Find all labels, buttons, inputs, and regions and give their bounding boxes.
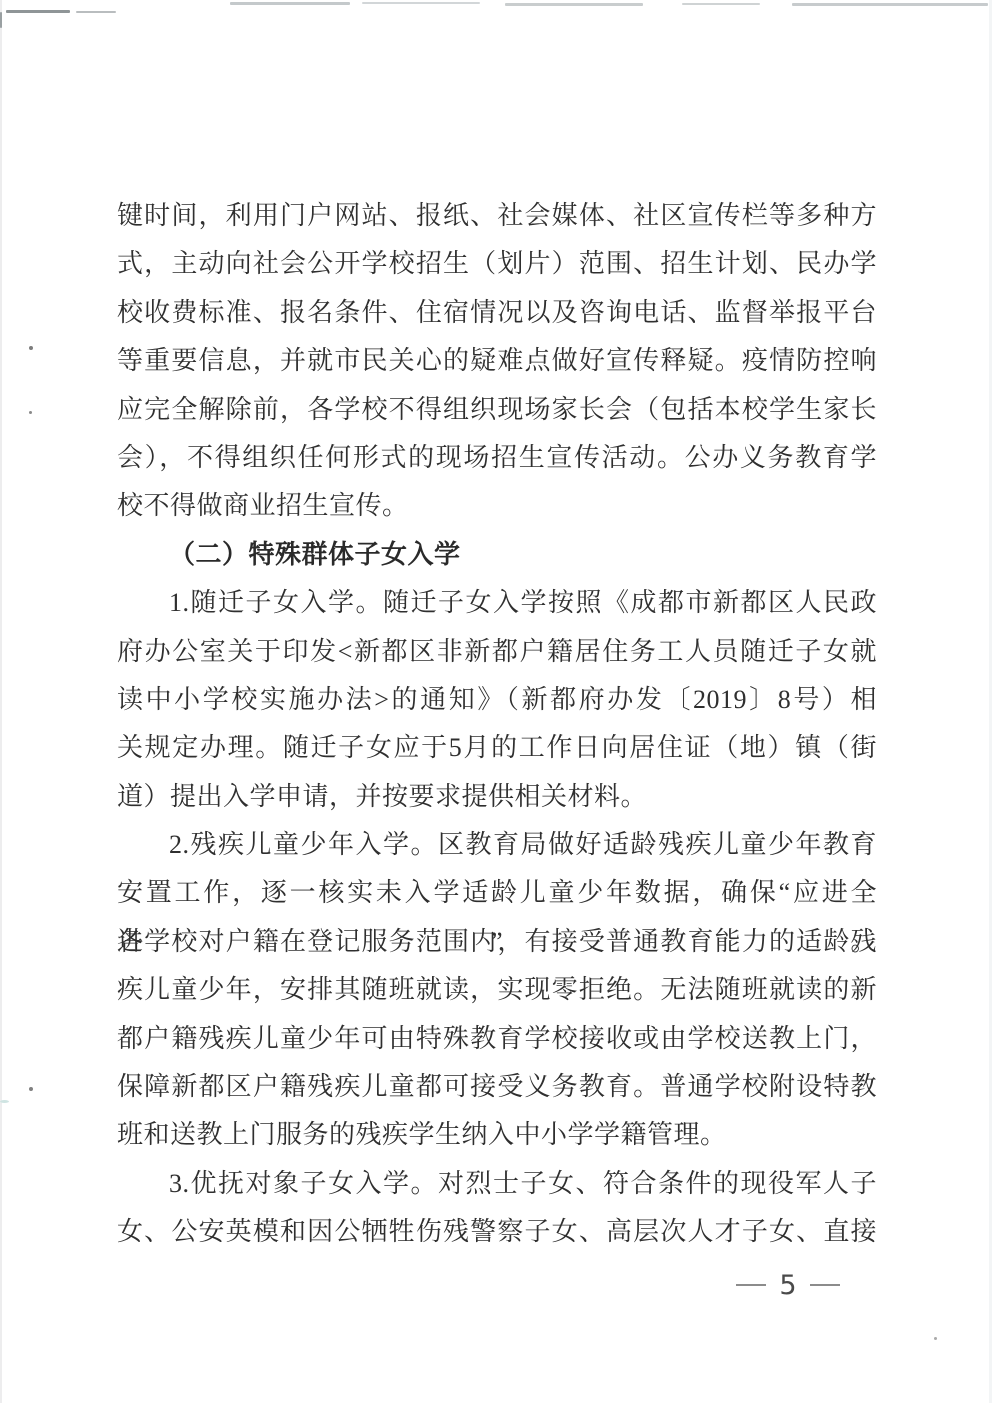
- scan-speck: [29, 411, 32, 414]
- page-number: 5: [779, 1272, 796, 1299]
- scan-smudge: [6, 10, 70, 13]
- heading-special-groups-line-1: （二）特殊群体子女入学: [117, 531, 877, 579]
- scan-edge-left: [0, 0, 2, 1403]
- paragraph-preferential-care-line-1: 3.优抚对象子女入学。对烈士子女、符合条件的现役军人子: [117, 1160, 877, 1208]
- paragraph-publicity-continued-line-1: 键时间，利用门户网站、报纸、社会媒体、社区宣传栏等多种方: [117, 192, 877, 240]
- scan-smudge: [230, 2, 350, 5]
- scan-smudge: [792, 3, 988, 6]
- paragraph-preferential-care-line-2: 女、公安英模和因公牺牲伤残警察子女、高层次人才子女、直接: [117, 1208, 877, 1256]
- paragraph-publicity-continued-line-7: 校不得做商业招生宣传。: [117, 482, 877, 530]
- paragraph-publicity-continued-line-5: 应完全解除前，各学校不得组织现场家长会（包括本校学生家长: [117, 386, 877, 434]
- scan-speck: [0, 1100, 9, 1103]
- paragraph-publicity-continued-line-3: 校收费标准、报名条件、住宿情况以及咨询电话、监督举报平台: [117, 289, 877, 337]
- scan-speck: [29, 1087, 33, 1091]
- document-text-block: 键时间，利用门户网站、报纸、社会媒体、社区宣传栏等多种方式，主动向社会公开学校招…: [117, 192, 877, 1257]
- scan-tick: [0, 12, 2, 28]
- paragraph-migrant-children-line-5: 道）提出入学申请，并按要求提供相关材料。: [117, 773, 877, 821]
- paragraph-disabled-children-line-2: 安置工作，逐一核实未入学适龄儿童少年数据，确保“应进全进”。: [117, 869, 877, 917]
- footer-dash-left: [736, 1284, 766, 1286]
- paragraph-disabled-children-line-6: 保障新都区户籍残疾儿童都可接受义务教育。普通学校附设特教: [117, 1063, 877, 1111]
- paragraph-disabled-children-line-1: 2.残疾儿童少年入学。区教育局做好适龄残疾儿童少年教育: [117, 821, 877, 869]
- paragraph-disabled-children-line-5: 都户籍残疾儿童少年可由特殊教育学校接收或由学校送教上门，: [117, 1015, 877, 1063]
- scan-speck: [29, 346, 33, 350]
- scan-smudge: [682, 3, 760, 5]
- scan-smudge: [505, 3, 643, 6]
- paragraph-disabled-children-line-4: 疾儿童少年，安排其随班就读，实现零拒绝。无法随班就读的新: [117, 966, 877, 1014]
- scanned-page: 键时间，利用门户网站、报纸、社会媒体、社区宣传栏等多种方式，主动向社会公开学校招…: [0, 0, 992, 1403]
- page-footer: 5: [728, 1262, 848, 1308]
- paragraph-migrant-children-line-4: 关规定办理。随迁子女应于5月的工作日向居住证（地）镇（街: [117, 724, 877, 772]
- paragraph-disabled-children-line-3: 各学校对户籍在登记服务范围内，有接受普通教育能力的适龄残: [117, 918, 877, 966]
- paragraph-migrant-children-line-1: 1.随迁子女入学。随迁子女入学按照《成都市新都区人民政: [117, 579, 877, 627]
- paragraph-publicity-continued-line-6: 会），不得组织任何形式的现场招生宣传活动。公办义务教育学: [117, 434, 877, 482]
- paragraph-publicity-continued-line-2: 式，主动向社会公开学校招生（划片）范围、招生计划、民办学: [117, 240, 877, 288]
- scan-speck: [934, 1337, 937, 1340]
- paragraph-publicity-continued-line-4: 等重要信息，并就市民关心的疑难点做好宣传释疑。疫情防控响: [117, 337, 877, 385]
- scan-smudge: [362, 2, 480, 4]
- paragraph-disabled-children-line-7: 班和送教上门服务的残疾学生纳入中小学学籍管理。: [117, 1111, 877, 1159]
- paragraph-migrant-children-line-3: 读中小学校实施办法>的通知》（新都府办发〔2019〕8号）相: [117, 676, 877, 724]
- paragraph-migrant-children-line-2: 府办公室关于印发<新都区非新都户籍居住务工人员随迁子女就: [117, 628, 877, 676]
- scan-smudge: [76, 11, 116, 13]
- footer-dash-right: [810, 1284, 840, 1286]
